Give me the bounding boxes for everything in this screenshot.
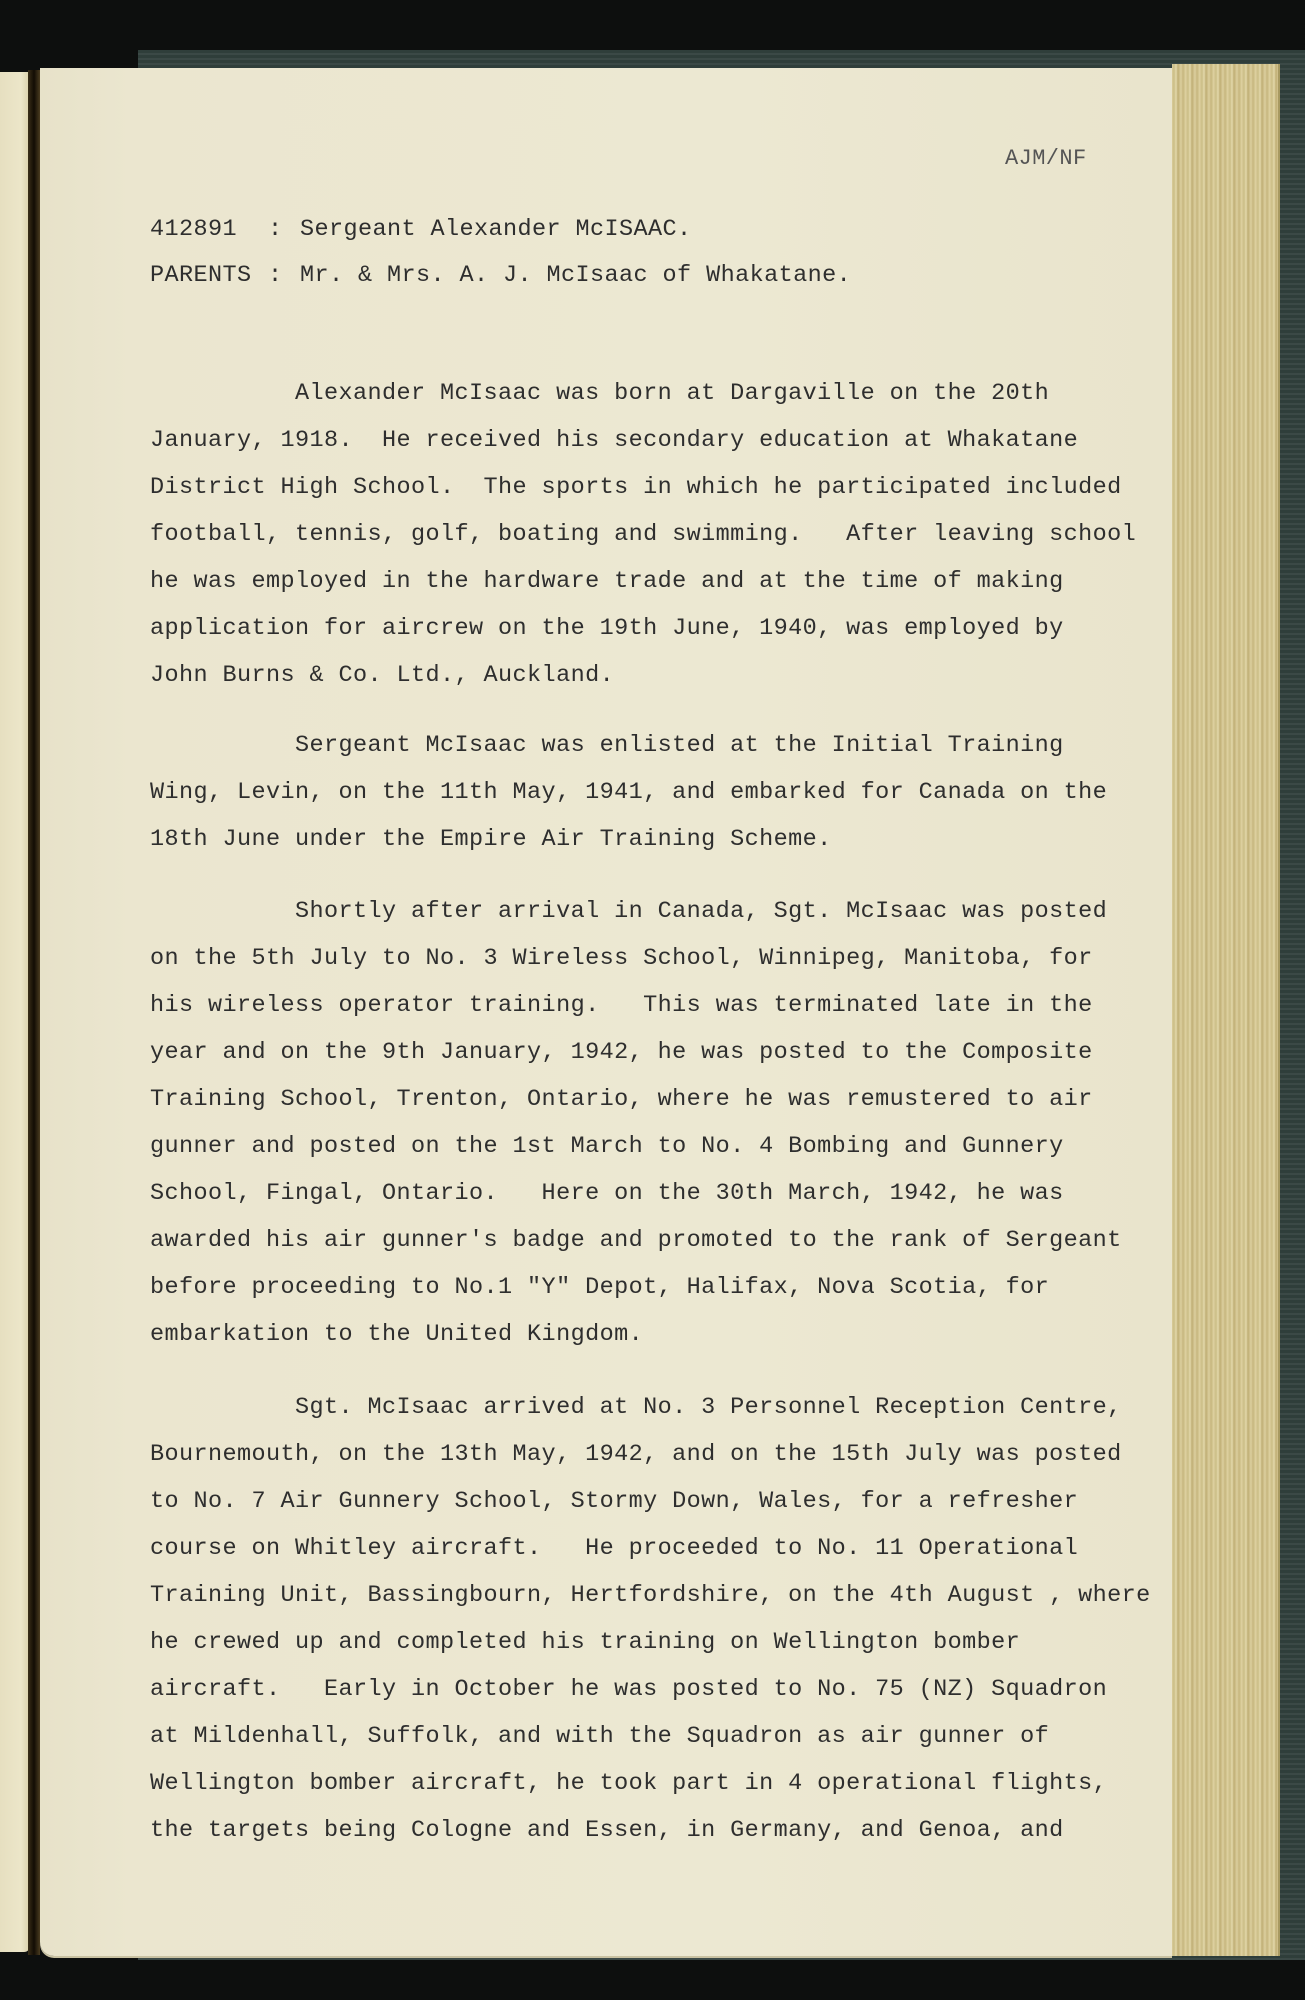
paragraph-line: he crewed up and completed his training … <box>150 1631 1020 1655</box>
paragraph-line: School, Fingal, Ontario. Here on the 30t… <box>150 1182 1064 1206</box>
paragraph-line: Training School, Trenton, Ontario, where… <box>150 1088 1093 1112</box>
paragraph-line: embarkation to the United Kingdom. <box>150 1323 643 1347</box>
paragraph-line: Sgt. McIsaac arrived at No. 3 Personnel … <box>150 1396 1122 1420</box>
paragraph-line: Wing, Levin, on the 11th May, 1941, and … <box>150 781 1107 805</box>
book-gutter <box>28 70 40 1955</box>
paragraph-line: on the 5th July to No. 3 Wireless School… <box>150 947 1093 971</box>
paragraph-line: at Mildenhall, Suffolk, and with the Squ… <box>150 1725 1049 1749</box>
paragraph-line: gunner and posted on the 1st March to No… <box>150 1135 1064 1159</box>
paragraph-line: he was employed in the hardware trade an… <box>150 570 1064 594</box>
parents-value: Mr. & Mrs. A. J. McIsaac of Whakatane. <box>300 264 851 288</box>
header-separator: : <box>268 218 283 242</box>
paragraph-line: year and on the 9th January, 1942, he wa… <box>150 1041 1093 1065</box>
paragraph-line: his wireless operator training. This was… <box>150 994 1093 1018</box>
parents-label: PARENTS <box>150 264 252 288</box>
paragraph-line: Training Unit, Bassingbourn, Hertfordshi… <box>150 1584 1151 1608</box>
paragraph-line: course on Whitley aircraft. He proceeded… <box>150 1537 1078 1561</box>
parents-separator: : <box>268 264 283 288</box>
paragraph-line: Wellington bomber aircraft, he took part… <box>150 1772 1107 1796</box>
page-stack-edge <box>1172 64 1280 1956</box>
paragraph-line: football, tennis, golf, boating and swim… <box>150 523 1136 547</box>
paragraph-line: to No. 7 Air Gunnery School, Stormy Down… <box>150 1490 1078 1514</box>
paragraph-line: John Burns & Co. Ltd., Auckland. <box>150 664 614 688</box>
paragraph-line: Shortly after arrival in Canada, Sgt. Mc… <box>150 900 1107 924</box>
reference-code: AJM/NF <box>1005 148 1087 170</box>
paragraph-line: Bournemouth, on the 13th May, 1942, and … <box>150 1443 1122 1467</box>
paragraph-line: Alexander McIsaac was born at Dargaville… <box>150 382 1049 406</box>
left-page-edge <box>0 72 30 1952</box>
paragraph-line: application for aircrew on the 19th June… <box>150 617 1064 641</box>
paragraph-line: awarded his air gunner's badge and promo… <box>150 1229 1122 1253</box>
paragraph-line: before proceeding to No.1 "Y" Depot, Hal… <box>150 1276 1049 1300</box>
subject-name: Sergeant Alexander McISAAC. <box>300 218 692 242</box>
paragraph-line: the targets being Cologne and Essen, in … <box>150 1819 1064 1843</box>
service-number: 412891 <box>150 218 237 242</box>
paragraph-line: January, 1918. He received his secondary… <box>150 429 1078 453</box>
paragraph-line: aircraft. Early in October he was posted… <box>150 1678 1107 1702</box>
paragraph-line: Sergeant McIsaac was enlisted at the Ini… <box>150 734 1064 758</box>
paragraph-line: District High School. The sports in whic… <box>150 476 1122 500</box>
paragraph-line: 18th June under the Empire Air Training … <box>150 828 832 852</box>
